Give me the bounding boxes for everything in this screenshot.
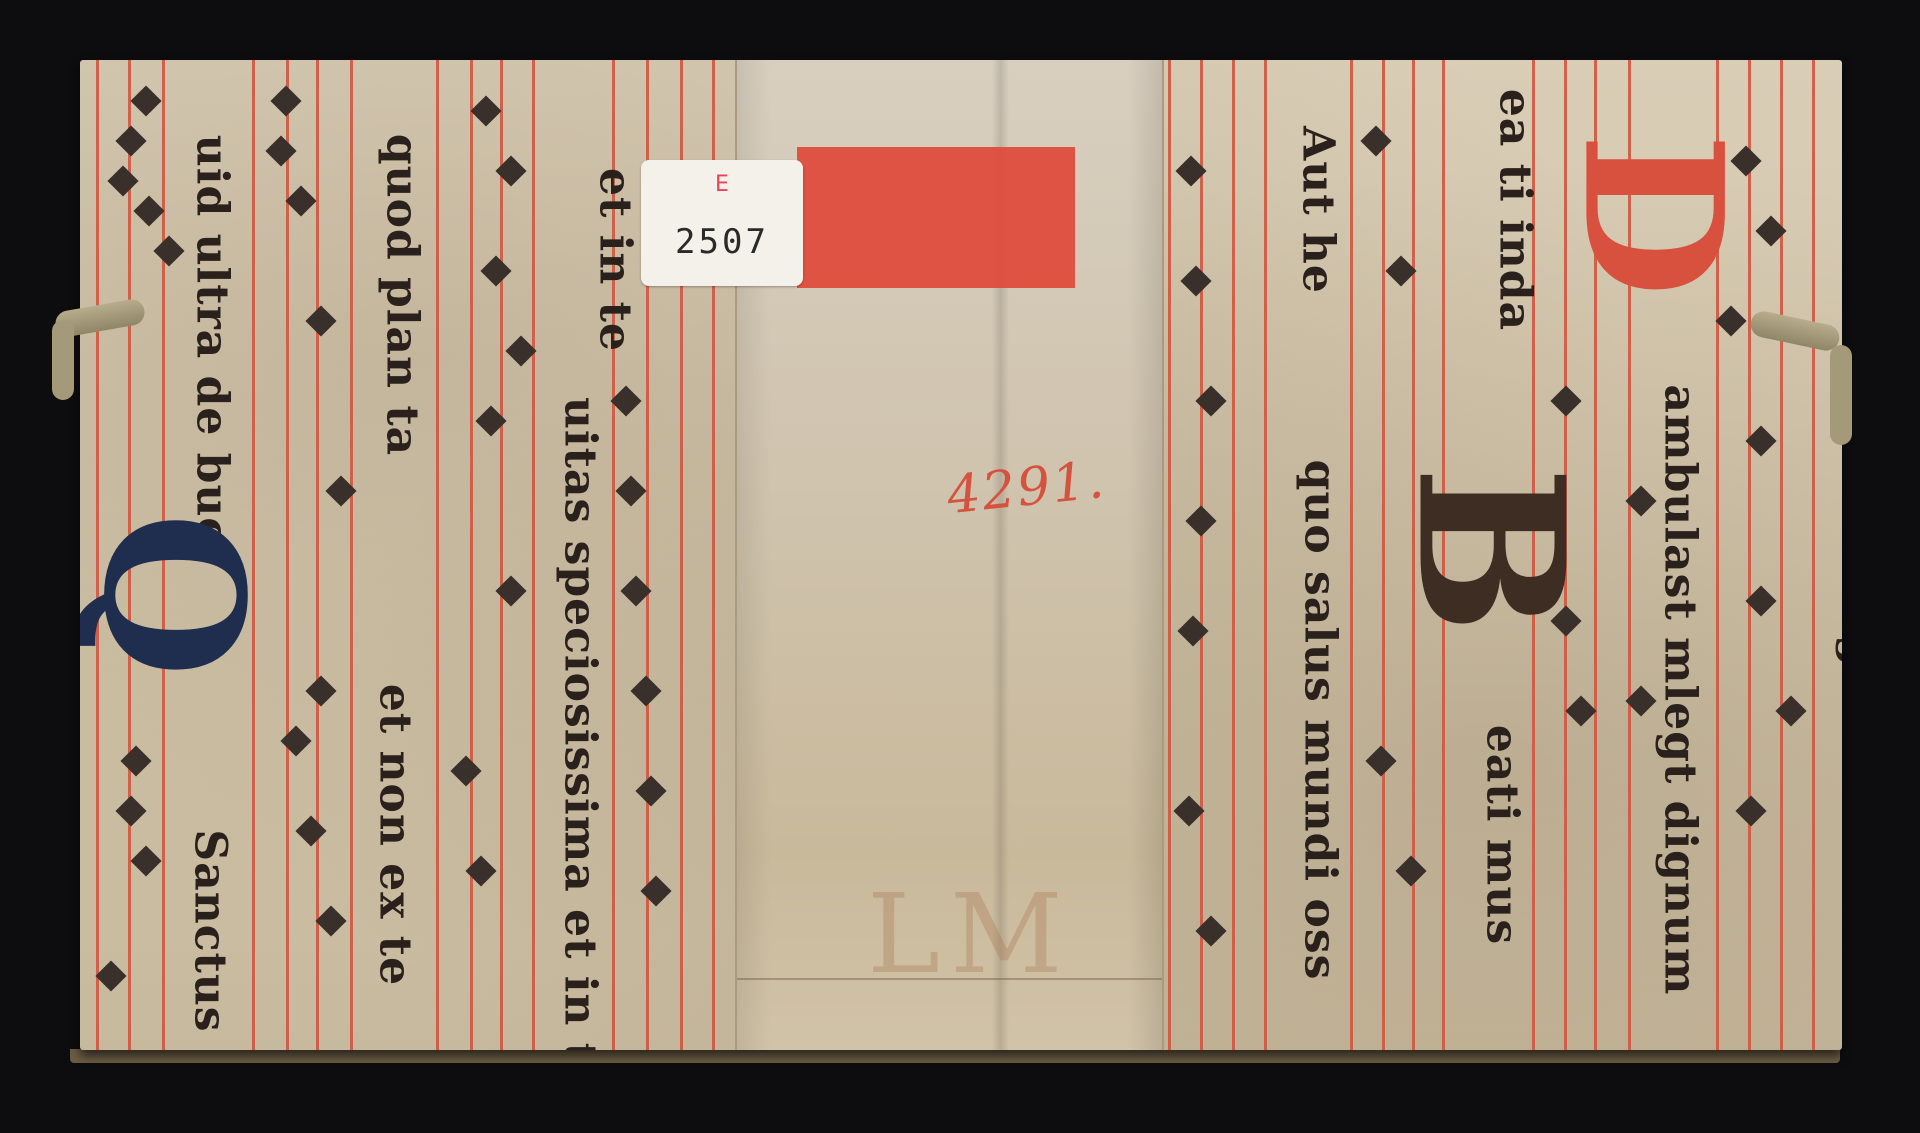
text-line: Aut he — [1293, 126, 1344, 294]
neume-note — [295, 815, 326, 846]
staff-rule — [1232, 60, 1235, 1050]
neume-note — [120, 745, 151, 776]
neume-note — [1185, 505, 1216, 536]
right-string-loop — [1830, 345, 1852, 445]
staff-rule — [1264, 60, 1267, 1050]
brown-initial-b: B — [1390, 465, 1590, 634]
text-column: et non ex te — [365, 620, 425, 1050]
staff-rule — [532, 60, 535, 1050]
neume-note — [305, 675, 336, 706]
text-column: quod plan ta — [372, 60, 432, 530]
text-line: uitas speciosissima et in te — [555, 397, 606, 1050]
text-line: quo salus mundi oss — [1295, 460, 1346, 981]
neume-note — [450, 755, 481, 786]
neume-note — [95, 960, 126, 991]
text-column: ea ti inda — [1485, 60, 1545, 360]
text-line: eati mus — [1477, 725, 1528, 945]
neume-note — [1177, 615, 1208, 646]
right-cover-panel: Aut he quo salus mundi oss eati mus ea t… — [1160, 60, 1842, 1050]
text-column: Aut he — [1288, 60, 1348, 360]
text-column: quo salus mundi oss — [1290, 390, 1350, 1050]
text-line: et non ex te — [370, 684, 421, 986]
text-line: ambulast mlegt dignum — [1655, 385, 1706, 996]
neume-note — [1550, 385, 1581, 416]
neume-note — [130, 845, 161, 876]
neume-note — [630, 675, 661, 706]
book-cover: Sanctus uid ultra de buc et non ex te qu… — [80, 60, 1842, 1050]
neume-note — [480, 255, 511, 286]
text-line: uid ultra de buc — [187, 135, 238, 545]
text-column: ambulast mlegt dignum — [1650, 330, 1710, 1050]
neume-note — [133, 195, 164, 226]
neume-note — [1365, 745, 1396, 776]
neume-note — [1395, 855, 1426, 886]
catalog-sticker: E 2507 — [641, 160, 803, 286]
shelfmark-number: 4291. — [944, 450, 1108, 526]
neume-note — [305, 305, 336, 336]
staff-rule — [1812, 60, 1815, 1050]
text-line: quod plan ta — [377, 134, 428, 456]
neume-note — [115, 125, 146, 156]
neume-note — [1360, 125, 1391, 156]
spine-fold-line — [737, 978, 1162, 980]
neume-note — [315, 905, 346, 936]
neume-note — [1735, 795, 1766, 826]
text-line: Sanctus — [185, 830, 236, 1033]
neume-note — [107, 165, 138, 196]
text-line: ea ti inda — [1490, 89, 1541, 331]
neume-note — [265, 135, 296, 166]
neume-note — [635, 775, 666, 806]
text-column: uitas speciosissima et in te — [550, 440, 610, 1050]
neume-note — [130, 85, 161, 116]
staff-rule — [436, 60, 439, 1050]
left-string-loop — [52, 320, 74, 400]
staff-rule — [1350, 60, 1353, 1050]
staff-rule — [500, 60, 503, 1050]
staff-rule — [350, 60, 353, 1050]
neume-note — [470, 95, 501, 126]
sticker-letter: E — [641, 172, 803, 197]
neume-note — [615, 475, 646, 506]
staff-rule — [1200, 60, 1203, 1050]
neume-note — [1715, 305, 1746, 336]
staff-rule — [1780, 60, 1783, 1050]
staff-rule — [470, 60, 473, 1050]
book-bottom-edge — [70, 1049, 1840, 1063]
staff-rule — [316, 60, 319, 1050]
text-column: mmm ut inguas — [1830, 60, 1842, 1050]
sticker-number: 2507 — [641, 222, 803, 262]
neume-note — [1565, 695, 1596, 726]
staff-rule — [1168, 60, 1171, 1050]
neume-note — [270, 85, 301, 116]
text-column: eati mus — [1472, 620, 1532, 1050]
neume-note — [285, 185, 316, 216]
neume-note — [1180, 265, 1211, 296]
blue-initial-q: Q — [80, 512, 268, 678]
staff-rule — [286, 60, 289, 1050]
red-initial-d: D — [1557, 133, 1747, 298]
text-line: et in te — [590, 168, 641, 352]
red-spine-label — [797, 147, 1075, 288]
neume-note — [115, 795, 146, 826]
